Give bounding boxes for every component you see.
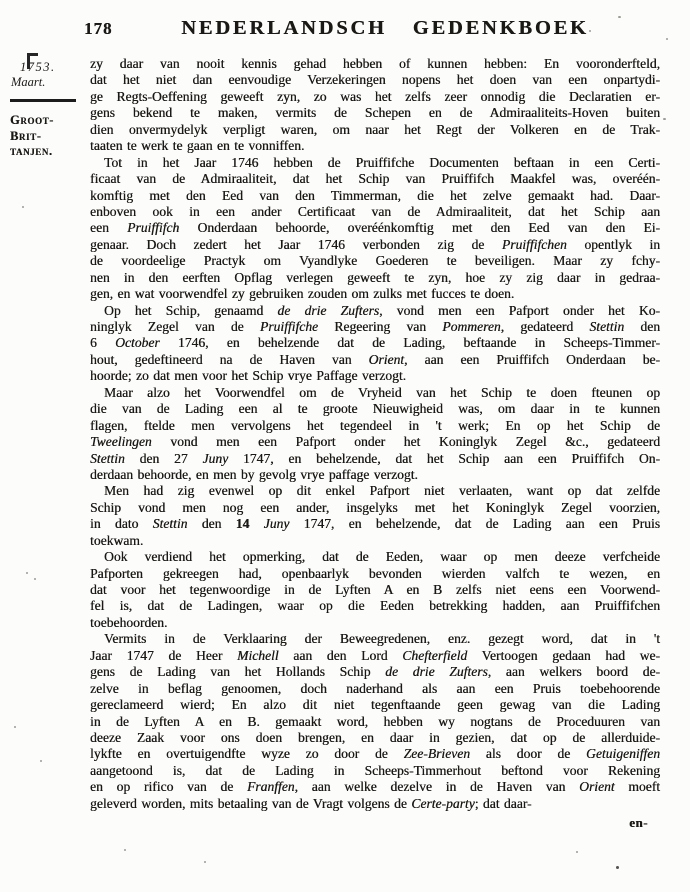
body-text: taaten te werk te gaan en te vonniffen. (90, 138, 304, 153)
italic-text: Pruiffifch (127, 220, 179, 235)
text-line: fel is, dat de Ladingen, waar op die Eed… (90, 598, 660, 614)
body-text: derdaan behoorde, en men by gevolg vrye … (90, 467, 418, 482)
body-text: Men had zig evenwel op dit enkel Pafport… (104, 483, 660, 498)
text-line: ge Regts-Oeffening geweeft zyn, zo was h… (90, 89, 660, 105)
body-text: Op het Schip, genaamd (104, 303, 277, 318)
text-line: taaten te werk te gaan en te vonniffen. (90, 138, 660, 154)
italic-text: Stettin (90, 451, 125, 466)
text-line: flagen, ftelde men vervolgens het tegend… (90, 418, 660, 434)
text-line: aangetoond is, dat de Lading in Scheeps-… (90, 763, 660, 779)
text-line: geleverd worden, mits betaaling van de V… (90, 796, 660, 812)
text-line: toebehoorden. (90, 615, 660, 631)
italic-text: Stettin (153, 516, 188, 531)
body-text: dien onvermydelyk verpligt waren, om naa… (90, 122, 660, 137)
body-text: vond men een Pafport onder het Koninglyk… (152, 434, 660, 449)
text-line: dat het niet dan eenvoudige Verzekeringe… (90, 72, 660, 88)
scan-speckle (40, 760, 42, 762)
body-text: 1747, en behelzende, dat de Lading aan e… (289, 516, 660, 531)
body-text (249, 516, 263, 531)
body-text: ninglyk Zegel van de (90, 319, 260, 334)
body-text: Ook verdiend het opmerking, dat de Eeden… (104, 549, 660, 564)
text-line: komftig met den Eed van den Timmerman, d… (90, 188, 660, 204)
body-text: , aan welke dezelve in de Haven van (295, 779, 580, 794)
body-text: opentlyk in (567, 237, 660, 252)
text-column: zy daar van nooit kennis gehad hebben of… (90, 56, 660, 831)
italic-text: Michell (237, 648, 279, 663)
italic-text: Chefterfield (402, 648, 467, 663)
text-line: gens de Lading van het Hollands Schip de… (90, 664, 660, 680)
catchword: en- (90, 815, 660, 831)
body-text: in dato (90, 516, 153, 531)
body-text: Onderdaan behoorde, overéénkomftig met d… (179, 220, 660, 235)
italic-text: de drie Zufters (277, 303, 379, 318)
body-text: geleverd worden, mits betaaling van de V… (90, 796, 411, 811)
scan-speckle (663, 118, 666, 120)
italic-text: October (115, 335, 160, 350)
body-text: die van de Lading een al te groote Nieuw… (90, 401, 660, 416)
text-line: die van de Lading een al te groote Nieuw… (90, 401, 660, 417)
body-text: flagen, ftelde men vervolgens het tegend… (90, 418, 660, 433)
text-line: zy daar van nooit kennis gehad hebben of… (90, 56, 660, 72)
body-text: lykfte en overtuigendfte wyze zo door de (90, 746, 404, 761)
body-text: genaar. Doch zedert het Jaar 1746 verbon… (90, 237, 502, 252)
italic-text: Tweelingen (90, 434, 152, 449)
paragraph: Vermits in de Verklaaring der Beweegrede… (90, 631, 660, 812)
text-line: Schip vond men nog een ander, insgelyks … (90, 500, 660, 516)
body-text: 6 (90, 335, 115, 350)
body-text: moeft (615, 779, 660, 794)
italic-text: Zee-Brieven (404, 746, 470, 761)
scan-speckle (589, 30, 591, 32)
margin-date-year: 1753. (6, 60, 88, 75)
text-line: in dato Stettin den 14 Juny 1747, en beh… (90, 516, 660, 532)
margin-rule (10, 99, 76, 102)
body-text: ge Regts-Oeffening geweeft zyn, zo was h… (90, 89, 660, 104)
italic-text: Juny (202, 451, 228, 466)
text-line: hout, gedeftineerd na de Haven van Orien… (90, 352, 660, 368)
italic-text: Pommeren (442, 319, 500, 334)
text-line: Men had zig evenwel op dit enkel Pafport… (90, 483, 660, 499)
text-line: deeze Zaak voor ons doen brengen, en daa… (90, 730, 660, 746)
text-line: gen, en wat voorwendfel zy gebruiken zou… (90, 286, 660, 302)
text-line: 6 October 1746, en behelzende dat de Lad… (90, 335, 660, 351)
body-text: Tot in het Jaar 1746 hebben de Pruiffifc… (104, 155, 660, 170)
scan-speckle (204, 861, 206, 863)
body-text: den (187, 516, 235, 531)
body-text: dat het niet dan eenvoudige Verzekeringe… (90, 72, 660, 87)
paragraph: Op het Schip, genaamd de drie Zufters, v… (90, 303, 660, 385)
body-text: 1747, en behelzende, dat het Schip aan e… (228, 451, 660, 466)
italic-text: Getuigeniffen (586, 746, 660, 761)
body-text: gens de Lading van het Hollands Schip (90, 664, 385, 679)
body-text: zelve in beflag genoomen, doch naderhand… (90, 681, 660, 696)
margin-date-month: Maart. (6, 75, 88, 90)
italic-text: Orient (579, 779, 615, 794)
body-text: , vond men een Pafport onder het Ko- (379, 303, 660, 318)
body-text: den (624, 319, 660, 334)
text-line: dien onvermydelyk verpligt waren, om naa… (90, 122, 660, 138)
text-line: een Pruiffifch Onderdaan behoorde, overé… (90, 220, 660, 236)
body-text: aan den Lord (279, 648, 403, 663)
text-line: lykfte en overtuigendfte wyze zo door de… (90, 746, 660, 762)
text-line: de voordeelige Practyk om Vyandlyke Goed… (90, 253, 660, 269)
body-text: dat voor het tegenwoordige in de Lyften … (90, 582, 660, 597)
body-text: zy daar van nooit kennis gehad hebben of… (90, 56, 660, 71)
text-line: Tot in het Jaar 1746 hebben de Pruiffifc… (90, 155, 660, 171)
body-text: Vertoogen gedaan had we- (467, 648, 660, 663)
body-text: Regeering van (318, 319, 442, 334)
text-line: gereclameerd wierd; En alzo dit niet teg… (90, 697, 660, 713)
body-text: de voordeelige Practyk om Vyandlyke Goed… (90, 253, 660, 268)
scan-speckle (618, 16, 621, 18)
text-line: Op het Schip, genaamd de drie Zufters, v… (90, 303, 660, 319)
text-line: gens bekend te maken, vermits de Schepen… (90, 105, 660, 121)
body-text: Schip vond men nog een ander, insgelyks … (90, 500, 660, 515)
text-line: Tweelingen vond men een Pafport onder he… (90, 434, 660, 450)
text-line: ficaat van de Admiraaliteit, dat het Sch… (90, 171, 660, 187)
body-text: hout, gedeftineerd na de Haven van (90, 352, 369, 367)
body-text: , aan welkers boord de- (488, 664, 660, 679)
margin-notes: 1753. Maart. Groot- Brit- tanjen. (6, 60, 88, 160)
body-text: een (90, 220, 127, 235)
body-text: , aan een Pruiffifch Onderdaan be- (404, 352, 660, 367)
text-line: Vermits in de Verklaaring der Beweegrede… (90, 631, 660, 647)
text-line: dat voor het tegenwoordige in de Lyften … (90, 582, 660, 598)
body-text: gen, en wat voorwendfel zy gebruiken zou… (90, 286, 514, 301)
body-text: in de Lyften A en B. gemaakt word, hebbe… (90, 714, 660, 729)
text-line: hoorde; zo dat men voor het Schip vrye P… (90, 368, 660, 384)
text-line: nen in den eerften Opflag verlegen gewee… (90, 270, 660, 286)
scan-speckle (576, 851, 578, 853)
body-text: Pafporten gekreegen had, openbaarlyk bev… (90, 566, 660, 581)
text-line: Pafporten gekreegen had, openbaarlyk bev… (90, 566, 660, 582)
body-text: ficaat van de Admiraaliteit, dat het Sch… (90, 171, 660, 186)
scan-artifact (27, 53, 38, 69)
text-line: enboven ook in een ander Certificaat van… (90, 204, 660, 220)
body-text: nen in den eerften Opflag verlegen gewee… (90, 270, 660, 285)
text-line: Ook verdiend het opmerking, dat de Eeden… (90, 549, 660, 565)
body-text: hoorde; zo dat men voor het Schip vrye P… (90, 368, 406, 383)
body-text: Maar alzo het Voorwendfel om de Vryheid … (104, 385, 660, 400)
paragraph: Men had zig evenwel op dit enkel Pafport… (90, 483, 660, 549)
body-text: 1746, en behelzende dat de Lading, befta… (160, 335, 660, 350)
margin-region-line: tanjen. (6, 144, 88, 160)
paragraph: zy daar van nooit kennis gehad hebben of… (90, 56, 660, 155)
italic-text: Pruiffifchen (502, 237, 567, 252)
body-text: Vermits in de Verklaaring der Beweegrede… (104, 631, 660, 646)
paragraphs-container: zy daar van nooit kennis gehad hebben of… (90, 56, 660, 812)
body-text: , gedateerd (501, 319, 590, 334)
body-text: den 27 (125, 451, 203, 466)
book-page: 178 NEDERLANDSCH GEDENKBOEK 1753. Maart.… (0, 0, 690, 892)
body-text: aangetoond is, dat de Lading in Scheeps-… (90, 763, 660, 778)
text-line: zelve in beflag genoomen, doch naderhand… (90, 681, 660, 697)
body-text: gens bekend te maken, vermits de Schepen… (90, 105, 660, 120)
paragraph: Maar alzo het Voorwendfel om de Vryheid … (90, 385, 660, 484)
text-line: en op rifico van de Franffen, aan welke … (90, 779, 660, 795)
italic-text: de drie Zufters (385, 664, 488, 679)
scan-speckle (666, 38, 668, 40)
paragraph: Ook verdiend het opmerking, dat de Eeden… (90, 549, 660, 631)
text-line: in de Lyften A en B. gemaakt word, hebbe… (90, 714, 660, 730)
body-text: en op rifico van de (90, 779, 247, 794)
body-text: toebehoorden. (90, 615, 167, 630)
page-number: 178 (84, 19, 113, 39)
scan-speckle (14, 726, 16, 728)
italic-text: Franffen (247, 779, 295, 794)
text-line: Maar alzo het Voorwendfel om de Vryheid … (90, 385, 660, 401)
scan-speckle (22, 206, 24, 208)
scan-speckle (26, 572, 28, 574)
text-line: genaar. Doch zedert het Jaar 1746 verbon… (90, 237, 660, 253)
scan-speckle (616, 866, 619, 869)
body-text: 14 (236, 516, 250, 531)
text-line: toekwam. (90, 533, 660, 549)
italic-text: Pruiffifche (260, 319, 318, 334)
text-line: ninglyk Zegel van de Pruiffifche Regeeri… (90, 319, 660, 335)
margin-region-line: Brit- (6, 129, 88, 145)
body-text: fel is, dat de Ladingen, waar op die Eed… (90, 598, 660, 613)
scan-speckle (34, 578, 36, 580)
scan-speckle (124, 849, 126, 851)
body-text: Jaar 1747 de Heer (90, 648, 237, 663)
body-text: deeze Zaak voor ons doen brengen, en daa… (90, 730, 660, 745)
body-text: als door de (470, 746, 586, 761)
body-text: ; dat daar- (475, 796, 532, 811)
italic-text: Certe-party (411, 796, 474, 811)
margin-region-line: Groot- (6, 113, 88, 129)
text-line: Jaar 1747 de Heer Michell aan den Lord C… (90, 648, 660, 664)
italic-text: Stettin (589, 319, 624, 334)
text-line: derdaan behoorde, en men by gevolg vrye … (90, 467, 660, 483)
italic-text: Juny (264, 516, 290, 531)
paragraph: Tot in het Jaar 1746 hebben de Pruiffifc… (90, 155, 660, 303)
body-text: enboven ook in een ander Certificaat van… (90, 204, 660, 219)
page-title: NEDERLANDSCH GEDENKBOEK (140, 17, 630, 40)
body-text: gereclameerd wierd; En alzo dit niet teg… (90, 697, 660, 712)
italic-text: Orient (369, 352, 405, 367)
body-text: komftig met den Eed van den Timmerman, d… (90, 188, 660, 203)
text-line: Stettin den 27 Juny 1747, en behelzende,… (90, 451, 660, 467)
body-text: toekwam. (90, 533, 143, 548)
